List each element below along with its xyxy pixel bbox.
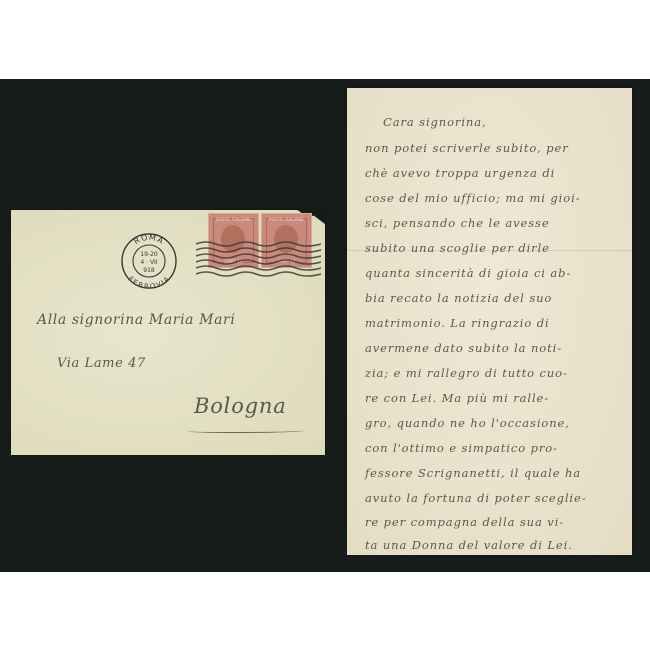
address-city: Bologna [194, 394, 287, 418]
envelope: POSTE ITALIANE CENT. 10 POSTE ITALIANE C… [11, 210, 325, 455]
letter-line: zia; e mi rallegro di tutto cuo- [365, 366, 568, 380]
address-recipient: Alla signorina Maria Mari [37, 312, 235, 328]
letter-line: cose del mio ufficio; ma mi gioi- [365, 191, 580, 205]
wavy-cancellation-lines [196, 238, 321, 280]
postmark-date: 4 · VII [140, 259, 157, 266]
letter-line: avuto la fortuna di poter sceglie- [365, 491, 587, 505]
letter-line: matrimonio. La ringrazio di [365, 316, 550, 330]
postmark-year: 918 [143, 267, 155, 274]
handwritten-letter: Cara signorina, non potei scriverle subi… [347, 88, 632, 555]
letter-line: fessore Scrignanetti, il quale ha [365, 466, 581, 480]
letter-line: sci, pensando che le avesse [365, 216, 550, 230]
stamp-top-text: POSTE ITALIANE [209, 217, 258, 222]
postmark-city: ROMA [132, 233, 165, 246]
address-street: Via Lame 47 [57, 356, 146, 371]
postmark-time: 19-20 [140, 251, 158, 258]
address-underline [188, 429, 304, 433]
letter-line: ta una Donna del valore di Lei. [365, 538, 573, 552]
letter-line: non potei scriverle subito, per [365, 141, 569, 155]
letter-line: bia recato la notizia del suo [365, 291, 552, 305]
letter-line: avermene dato subito la noti- [365, 341, 562, 355]
letter-line: re con Lei. Ma più mi ralle- [365, 391, 549, 405]
letter-line: re per compagna della sua vi- [365, 515, 564, 529]
letter-line: gro, quando ne ho l'occasione, [365, 416, 570, 430]
letter-salutation: Cara signorina, [383, 115, 487, 129]
letter-line: subito una scoglie per dirle [365, 241, 550, 255]
letter-line: quanta sincerità di gioia ci ab- [365, 266, 571, 280]
letter-line: chè avevo troppa urgenza di [365, 166, 555, 180]
svg-text:ROMA: ROMA [132, 233, 165, 246]
stamp-top-text: POSTE ITALIANE [262, 217, 311, 222]
letter-line: con l'ottimo e simpatico pro- [365, 441, 558, 455]
postmark: ROMA FERROVIA 19-20 4 · VII 918 [120, 232, 178, 290]
